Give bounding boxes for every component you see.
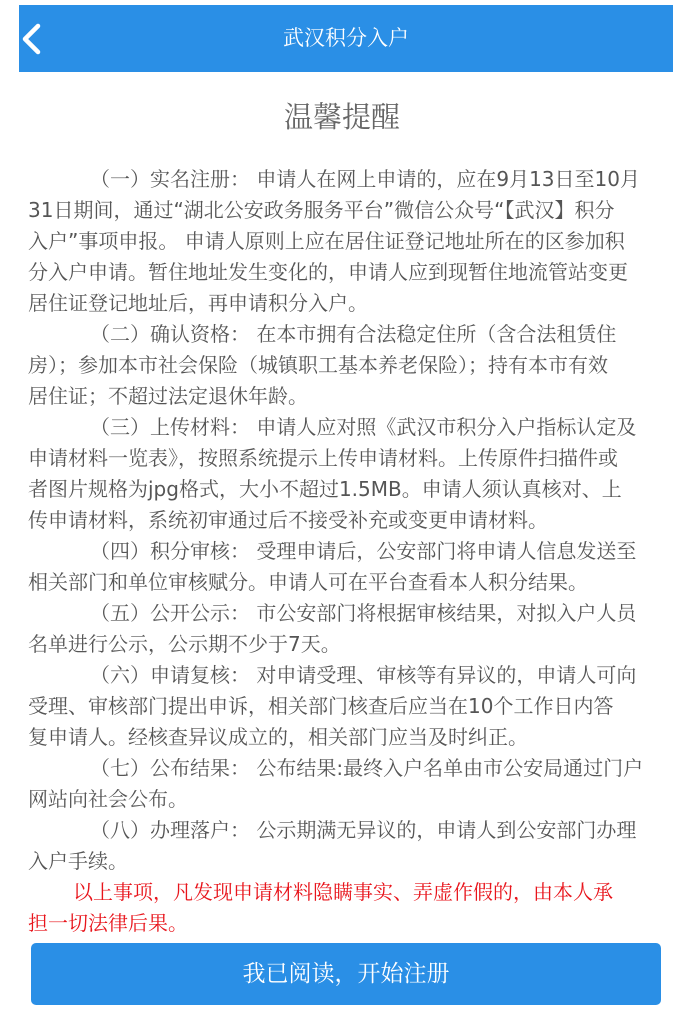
text-line: 者图片规格为jpg格式，大小不超过1.5MB。申请人须认真核对、上 <box>28 474 668 505</box>
text-line: 受理、审核部门提出申诉，相关部门核查后应当在10个工作日内答 <box>28 691 668 722</box>
text-line: （七）公布结果： 公布结果:最终入户名单由市公安局通过门户 <box>28 753 668 784</box>
legal-warning: 以上事项，凡发现申请材料隐瞒事实、弄虚作假的，由本人承 担一切法律后果。 <box>28 877 668 939</box>
text-line: 申请材料一览表》，按照系统提示上传申请材料。上传原件扫描件或 <box>28 443 668 474</box>
paragraph-real-name-registration: （一）实名注册： 申请人在网上申请的，应在9月13日至10月 31日期间，通过“… <box>28 164 668 319</box>
text-line: 居住证登记地址后，再申请积分入户。 <box>28 288 668 319</box>
text-line: 相关部门和单位审核赋分。申请人可在平台查看本人积分结果。 <box>28 567 668 598</box>
text-line: 复申请人。经核查异议成立的，相关部门应当及时纠正。 <box>28 722 668 753</box>
text-line: 网站向社会公布。 <box>28 784 668 815</box>
text-line: （三）上传材料： 申请人应对照《武汉市积分入户指标认定及 <box>28 412 668 443</box>
paragraph-public-announcement: （五）公开公示： 市公安部门将根据审核结果，对拟入户人员 名单进行公示，公示期不… <box>28 598 668 660</box>
header-title: 武汉积分入户 <box>19 5 673 72</box>
app-header: 武汉积分入户 <box>19 5 673 72</box>
text-line: （五）公开公示： 市公安部门将根据审核结果，对拟入户人员 <box>28 598 668 629</box>
text-line: 名单进行公示，公示期不少于7天。 <box>28 629 668 660</box>
text-line: 居住证；不超过法定退休年龄。 <box>28 381 668 412</box>
text-line: 入户”事项申报。 申请人原则上应在居住证登记地址所在的区参加积 <box>28 226 668 257</box>
text-line: （二）确认资格： 在本市拥有合法稳定住所（含合法租赁住 <box>28 319 668 350</box>
paragraph-upload-materials: （三）上传材料： 申请人应对照《武汉市积分入户指标认定及 申请材料一览表》，按照… <box>28 412 668 536</box>
warning-line: 担一切法律后果。 <box>28 908 668 939</box>
paragraph-confirm-qualification: （二）确认资格： 在本市拥有合法稳定住所（含合法租赁住 房）；参加本市社会保险（… <box>28 319 668 412</box>
text-line: 入户手续。 <box>28 846 668 877</box>
paragraph-settle-household: （八）办理落户： 公示期满无异议的，申请人到公安部门办理 入户手续。 <box>28 815 668 877</box>
text-line: （一）实名注册： 申请人在网上申请的，应在9月13日至10月 <box>28 164 668 195</box>
paragraph-points-review: （四）积分审核： 受理申请后，公安部门将申请人信息发送至 相关部门和单位审核赋分… <box>28 536 668 598</box>
paragraph-application-review: （六）申请复核： 对申请受理、审核等有异议的，申请人可向 受理、审核部门提出申诉… <box>28 660 668 753</box>
start-registration-button[interactable]: 我已阅读，开始注册 <box>31 943 661 1005</box>
notice-title: 温馨提醒 <box>0 96 684 138</box>
text-line: 传申请材料，系统初审通过后不接受补充或变更申请材料。 <box>28 505 668 536</box>
notice-content: （一）实名注册： 申请人在网上申请的，应在9月13日至10月 31日期间，通过“… <box>28 164 668 939</box>
text-line: 分入户申请。暂住地址发生变化的，申请人应到现暂住地流管站变更 <box>28 257 668 288</box>
text-line: （八）办理落户： 公示期满无异议的，申请人到公安部门办理 <box>28 815 668 846</box>
warning-line: 以上事项，凡发现申请材料隐瞒事实、弄虚作假的，由本人承 <box>28 877 668 908</box>
paragraph-publish-results: （七）公布结果： 公布结果:最终入户名单由市公安局通过门户 网站向社会公布。 <box>28 753 668 815</box>
text-line: 31日期间，通过“湖北公安政务服务平台”微信公众号“【武汉】积分 <box>28 195 668 226</box>
text-line: （四）积分审核： 受理申请后，公安部门将申请人信息发送至 <box>28 536 668 567</box>
text-line: 房）；参加本市社会保险（城镇职工基本养老保险）；持有本市有效 <box>28 350 668 381</box>
text-line: （六）申请复核： 对申请受理、审核等有异议的，申请人可向 <box>28 660 668 691</box>
